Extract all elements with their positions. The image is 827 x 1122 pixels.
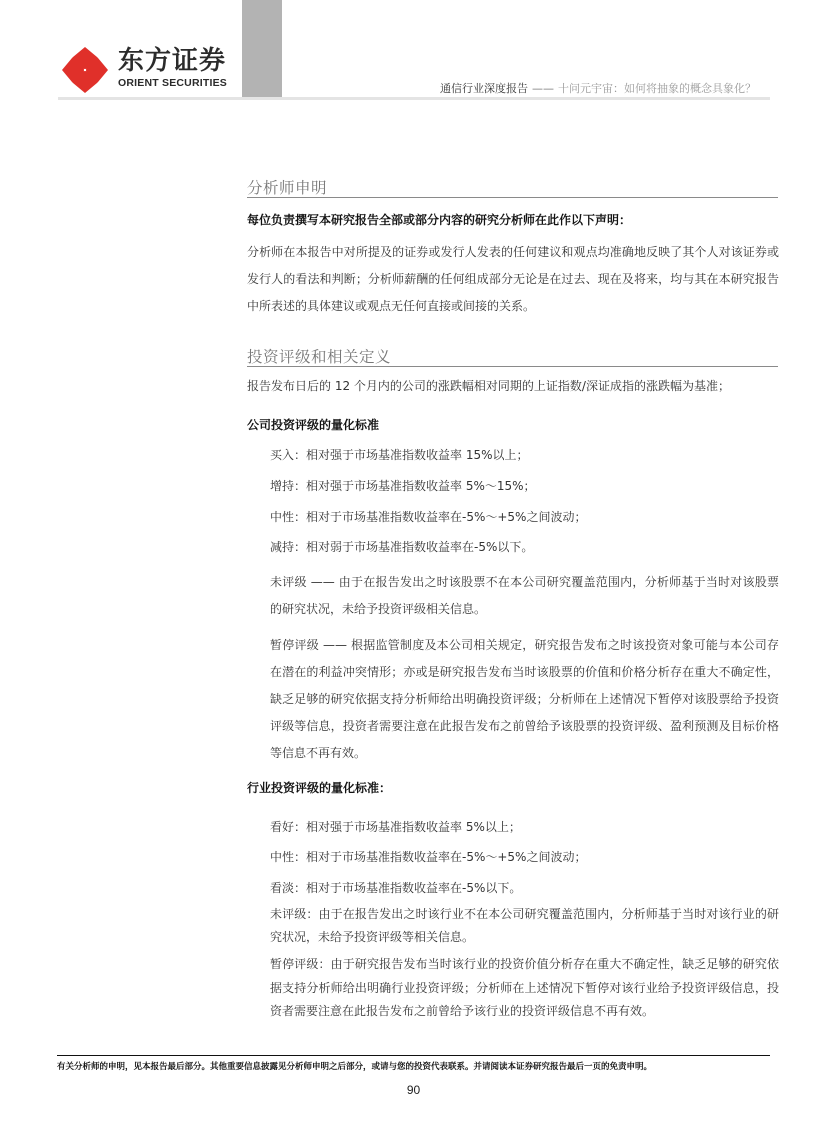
logo-chinese-name: 东方证券 [118,46,226,76]
company-rating-buy: 买入：相对强于市场基准指数收益率 15%以上； [270,446,529,463]
header-separator: —— [532,82,554,95]
orient-securities-logo-icon [60,45,110,95]
running-header: 通信行业深度报告——十问元宇宙：如何将抽象的概念具象化？ [440,80,756,96]
analyst-statement-body: 分析师在本报告中对所提及的证券或发行人发表的任何建议和观点均准确地反映了其个人对… [247,239,779,320]
analyst-statement-lead: 每位负责撰写本研究报告全部或部分内容的研究分析师在此作以下声明： [247,211,631,228]
company-rating-neutral: 中性：相对于市场基准指数收益率在-5%～+5%之间波动； [270,508,586,525]
section-title-rating-definitions: 投资评级和相关定义 [247,345,391,367]
company-rating-underweight: 减持：相对弱于市场基准指数收益率在-5%以下。 [270,538,533,555]
industry-rating-negative: 看淡：相对于市场基准指数收益率在-5%以下。 [270,879,521,896]
section-title-analyst-statement: 分析师申明 [247,176,327,198]
report-subtitle: 十问元宇宙：如何将抽象的概念具象化？ [558,82,756,95]
section-rule [247,197,778,198]
company-rating-overweight: 增持：相对强于市场基准指数收益率 5%～15%； [270,477,536,494]
company-rating-heading: 公司投资评级的量化标准 [247,416,379,433]
company-rating-suspended: 暂停评级 —— 根据监管制度及本公司相关规定，研究报告发布之时该投资对象可能与本… [270,632,779,767]
company-rating-unrated: 未评级 —— 由于在报告发出之时该股票不在本公司研究覆盖范围内，分析师基于当时对… [270,569,779,623]
logo-english-name: ORIENT SECURITIES [118,77,227,89]
header-gray-bar [242,0,282,98]
industry-rating-suspended: 暂停评级：由于研究报告发布当时该行业的投资价值分析存在重大不确定性，缺乏足够的研… [270,953,779,1024]
section-rule [247,366,778,367]
industry-rating-unrated: 未评级：由于在报告发出之时该行业不在本公司研究覆盖范围内，分析师基于当时对该行业… [270,903,779,949]
page-number: 90 [0,1083,827,1097]
footer-disclaimer-note: 有关分析师的申明，见本报告最后部分。其他重要信息披露见分析师申明之后部分，或请与… [57,1060,652,1072]
rating-basis: 报告发布日后的 12 个月内的公司的涨跌幅相对同期的上证指数/深证成指的涨跌幅为… [247,373,779,400]
footer-rule [57,1055,770,1056]
industry-rating-heading: 行业投资评级的量化标准： [247,779,391,796]
report-type: 通信行业深度报告 [440,82,528,95]
header-rule [58,97,770,100]
industry-rating-neutral: 中性：相对于市场基准指数收益率在-5%～+5%之间波动； [270,848,586,865]
industry-rating-positive: 看好：相对强于市场基准指数收益率 5%以上； [270,818,521,835]
